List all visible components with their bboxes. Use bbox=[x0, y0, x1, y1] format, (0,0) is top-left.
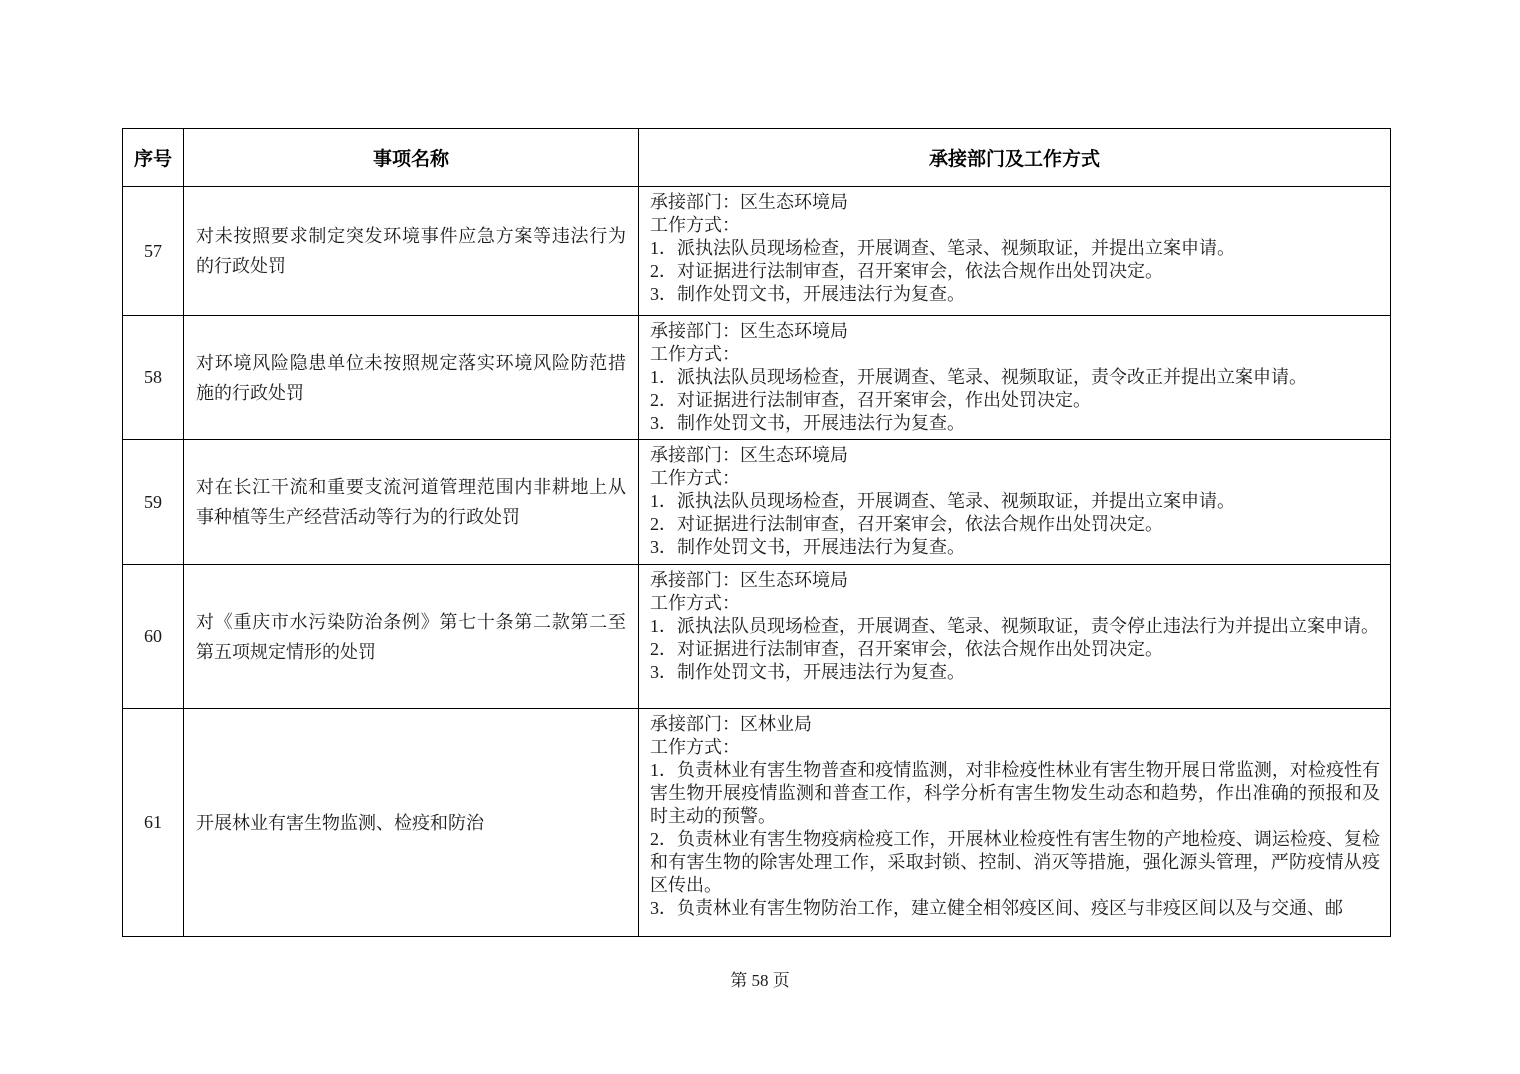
detail-line: 2．对证据进行法制审查，召开案审会，作出处罚决定。 bbox=[650, 389, 1380, 412]
row-number: 61 bbox=[123, 709, 184, 937]
item-name: 对在长江干流和重要支流河道管理范围内非耕地上从事种植等生产经营活动等行为的行政处… bbox=[184, 440, 639, 565]
detail-line: 工作方式： bbox=[650, 592, 1380, 615]
detail-line: 2．对证据进行法制审查，召开案审会，依法合规作出处罚决定。 bbox=[650, 260, 1380, 283]
department-and-method-cell: 承接部门：区生态环境局 工作方式： 1．派执法队员现场检查，开展调查、笔录、视频… bbox=[639, 565, 1391, 709]
detail-line: 承接部门：区生态环境局 bbox=[650, 320, 1380, 343]
detail-line: 2．对证据进行法制审查，召开案审会，依法合规作出处罚决定。 bbox=[650, 513, 1380, 536]
detail-line: 工作方式： bbox=[650, 214, 1380, 237]
department-and-method-cell: 承接部门：区生态环境局 工作方式： 1．派执法队员现场检查，开展调查、笔录、视频… bbox=[639, 440, 1391, 565]
detail-line: 3．制作处罚文书，开展违法行为复查。 bbox=[650, 661, 1380, 684]
department-and-method-cell: 承接部门：区林业局 工作方式： 1．负责林业有害生物普查和疫情监测，对非检疫性林… bbox=[639, 709, 1391, 937]
detail-line: 3．负责林业有害生物防治工作，建立健全相邻疫区间、疫区与非疫区间以及与交通、邮 bbox=[650, 897, 1380, 920]
detail-line: 承接部门：区生态环境局 bbox=[650, 191, 1380, 214]
item-name: 对《重庆市水污染防治条例》第七十条第二款第二至第五项规定情形的处罚 bbox=[184, 565, 639, 709]
table-row: 59 对在长江干流和重要支流河道管理范围内非耕地上从事种植等生产经营活动等行为的… bbox=[123, 440, 1391, 565]
detail-line: 工作方式： bbox=[650, 343, 1380, 366]
detail-line: 1．负责林业有害生物普查和疫情监测，对非检疫性林业有害生物开展日常监测，对检疫性… bbox=[650, 759, 1380, 828]
detail-line: 工作方式： bbox=[650, 467, 1380, 490]
table-row: 61 开展林业有害生物监测、检疫和防治 承接部门：区林业局 工作方式： 1．负责… bbox=[123, 709, 1391, 937]
detail-line: 3．制作处罚文书，开展违法行为复查。 bbox=[650, 536, 1380, 559]
detail-line: 2．负责林业有害生物疫病检疫工作，开展林业检疫性有害生物的产地检疫、调运检疫、复… bbox=[650, 828, 1380, 897]
detail-line: 1．派执法队员现场检查，开展调查、笔录、视频取证，并提出立案申请。 bbox=[650, 490, 1380, 513]
detail-line: 3．制作处罚文书，开展违法行为复查。 bbox=[650, 283, 1380, 306]
column-header-detail: 承接部门及工作方式 bbox=[639, 129, 1391, 187]
document-page: 序号 事项名称 承接部门及工作方式 57 对未按照要求制定突发环境事件应急方案等… bbox=[0, 0, 1520, 1074]
detail-line: 承接部门：区生态环境局 bbox=[650, 444, 1380, 467]
column-header-no: 序号 bbox=[123, 129, 184, 187]
item-name: 对未按照要求制定突发环境事件应急方案等违法行为的行政处罚 bbox=[184, 187, 639, 316]
detail-line: 1．派执法队员现场检查，开展调查、笔录、视频取证，责令改正并提出立案申请。 bbox=[650, 366, 1380, 389]
page-number: 第 58 页 bbox=[0, 966, 1520, 991]
detail-line: 3．制作处罚文书，开展违法行为复查。 bbox=[650, 412, 1380, 435]
detail-line: 承接部门：区生态环境局 bbox=[650, 569, 1380, 592]
detail-line: 2．对证据进行法制审查，召开案审会，依法合规作出处罚决定。 bbox=[650, 638, 1380, 661]
detail-line: 承接部门：区林业局 bbox=[650, 713, 1380, 736]
row-number: 57 bbox=[123, 187, 184, 316]
department-and-method-cell: 承接部门：区生态环境局 工作方式： 1．派执法队员现场检查，开展调查、笔录、视频… bbox=[639, 187, 1391, 316]
row-number: 59 bbox=[123, 440, 184, 565]
row-number: 60 bbox=[123, 565, 184, 709]
column-header-name: 事项名称 bbox=[184, 129, 639, 187]
row-number: 58 bbox=[123, 316, 184, 440]
table-header-row: 序号 事项名称 承接部门及工作方式 bbox=[123, 129, 1391, 187]
detail-line: 1．派执法队员现场检查，开展调查、笔录、视频取证，并提出立案申请。 bbox=[650, 237, 1380, 260]
table-row: 57 对未按照要求制定突发环境事件应急方案等违法行为的行政处罚 承接部门：区生态… bbox=[123, 187, 1391, 316]
department-and-method-cell: 承接部门：区生态环境局 工作方式： 1．派执法队员现场检查，开展调查、笔录、视频… bbox=[639, 316, 1391, 440]
detail-line: 工作方式： bbox=[650, 736, 1380, 759]
matters-table: 序号 事项名称 承接部门及工作方式 57 对未按照要求制定突发环境事件应急方案等… bbox=[122, 128, 1391, 937]
table-row: 60 对《重庆市水污染防治条例》第七十条第二款第二至第五项规定情形的处罚 承接部… bbox=[123, 565, 1391, 709]
detail-line: 1．派执法队员现场检查，开展调查、笔录、视频取证，责令停止违法行为并提出立案申请… bbox=[650, 615, 1380, 638]
item-name: 开展林业有害生物监测、检疫和防治 bbox=[184, 709, 639, 937]
item-name: 对环境风险隐患单位未按照规定落实环境风险防范措施的行政处罚 bbox=[184, 316, 639, 440]
table-row: 58 对环境风险隐患单位未按照规定落实环境风险防范措施的行政处罚 承接部门：区生… bbox=[123, 316, 1391, 440]
matters-table-container: 序号 事项名称 承接部门及工作方式 57 对未按照要求制定突发环境事件应急方案等… bbox=[122, 128, 1391, 937]
